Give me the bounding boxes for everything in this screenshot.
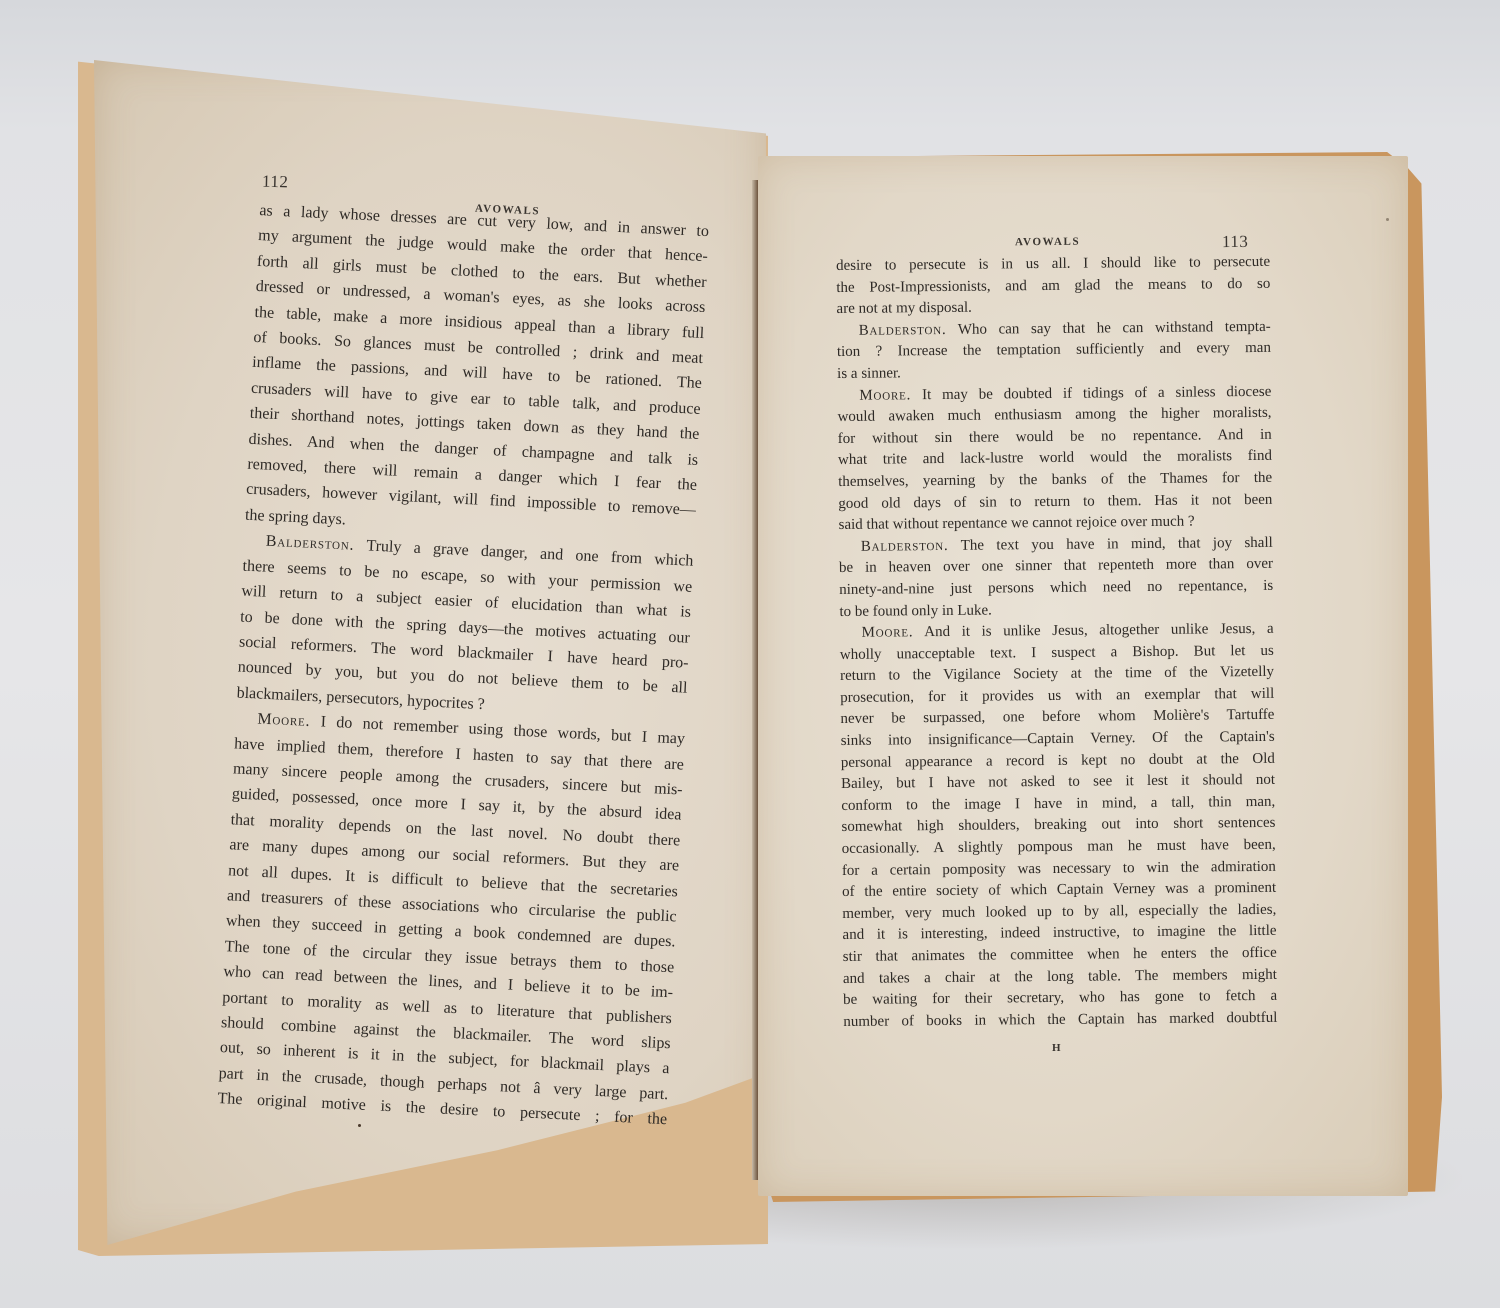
line-text: desire to persecute is in us all. I shou… [836, 254, 1270, 274]
line-text: ninety-and-nine just persons which need … [839, 578, 1273, 598]
line-text: the Post-Impressionists, and am glad the… [836, 275, 1270, 295]
paper-speck [1386, 218, 1389, 221]
right-page-text: desire to persecute is in us all. I shou… [836, 252, 1277, 1034]
line-text: And it is unlike Jesus, altogether unlik… [913, 621, 1273, 640]
speaker-name: Moore. [859, 387, 911, 403]
text-line: ninety-and-nine just persons which need … [839, 576, 1273, 602]
line-text: of the entire society of which Captain V… [842, 880, 1276, 900]
line-text: be waiting for their secretary, who has … [843, 988, 1277, 1008]
line-text: tion ? Increase the temptation sufficien… [837, 340, 1271, 360]
line-text: member, very much looked up to by all, e… [842, 902, 1276, 922]
line-text: never be surpassed, one before whom Moli… [840, 707, 1274, 727]
line-text: wholly unacceptable text. I suspect a Bi… [840, 643, 1274, 663]
line-text: Who can say that he can withstand tempta… [946, 319, 1270, 338]
right-page-number: 113 [1222, 232, 1249, 252]
line-text: what trite and lack-lustre world would t… [838, 448, 1272, 468]
line-text: be in heaven over one sinner that repent… [839, 556, 1273, 576]
paper-speck [358, 1124, 361, 1127]
line-text: good old days of sin to return to them. … [838, 491, 1272, 511]
line-text: the spring days. [245, 507, 347, 529]
right-running-head: AVOWALS [1015, 236, 1080, 249]
line-text: It may be doubted if tidings of a sinles… [911, 383, 1271, 402]
text-line: good old days of sin to return to them. … [838, 489, 1272, 515]
line-text: said that without repentance we cannot r… [839, 514, 1195, 533]
left-page-text: as a lady whose dresses are cut very low… [217, 198, 710, 1133]
line-text: somewhat high shoulders, breaking out in… [841, 815, 1275, 835]
left-page-number: 112 [262, 172, 289, 193]
line-text: conform to the image I have in mind, a t… [841, 794, 1275, 814]
line-text: to be found only in Luke. [839, 602, 992, 619]
line-text: are not at my disposal. [836, 300, 972, 317]
line-text: is a sinner. [837, 365, 901, 382]
text-line: number of books in which the Captain has… [843, 1008, 1277, 1034]
speaker-name: Moore. [862, 624, 914, 640]
speaker-name: Moore. [257, 711, 311, 730]
line-text: sinks into insignificance—Captain Verney… [841, 729, 1275, 749]
line-text: stir that animates the committee when he… [843, 945, 1277, 965]
text-line: tion ? Increase the temptation sufficien… [837, 338, 1271, 364]
line-text: occasionally. A slightly pompous man he … [842, 837, 1276, 857]
line-text: and takes a chair at the long table. The… [843, 966, 1277, 986]
line-text: return to the Vigilance Society at the t… [840, 664, 1274, 684]
speaker-name: Balderston. [859, 322, 947, 339]
line-text: would awaken much enthusiasm among the h… [837, 405, 1271, 425]
line-text: Bailey, but I have not asked to see it l… [841, 772, 1275, 792]
line-text: themselves, yearning by the banks of the… [838, 470, 1272, 490]
line-text: personal appearance a record is kept no … [841, 750, 1275, 770]
signature-mark: H [1052, 1042, 1061, 1054]
line-text: and it is interesting, indeed instructiv… [842, 923, 1276, 943]
speaker-name: Balderston. [861, 538, 949, 555]
line-text: The text you have in mind, that joy shal… [948, 535, 1272, 554]
speaker-name: Balderston. [265, 533, 354, 554]
line-text: number of books in which the Captain has… [843, 1010, 1277, 1030]
line-text: for without sin there would be no repent… [838, 427, 1272, 447]
text-line: the Post-Impressionists, and am glad the… [836, 273, 1270, 299]
line-text: prosecution, for it provides us with an … [840, 686, 1274, 706]
line-text: for a certain pomposity was necessary to… [842, 858, 1276, 878]
